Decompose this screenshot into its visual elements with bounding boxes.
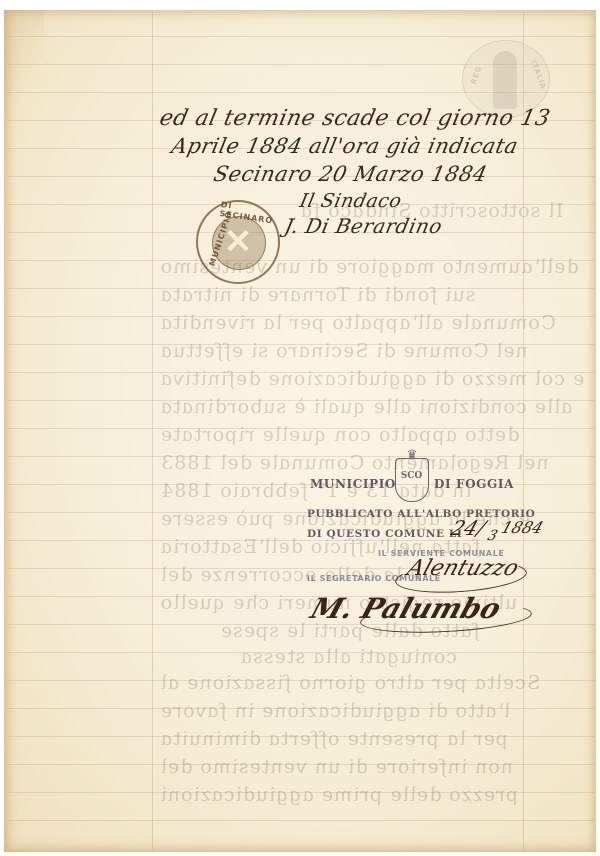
sindaco-signature: J. Di Berardino — [282, 214, 444, 238]
ghost-line: Scelta per altro giorno fissazione al — [158, 672, 543, 694]
ghost-line: nel Regolamento Comunale del 1883 — [158, 452, 551, 474]
paper-fold-shadow — [4, 10, 44, 150]
rule-line — [8, 36, 594, 37]
ghost-line: prezzo delle prime aggiudicazioni — [158, 784, 521, 806]
left-margin-line — [152, 12, 153, 850]
handwriting-line-3: Secinaro 20 Marzo 1884 — [211, 162, 489, 186]
secinaro-seal: ✕ MUNICIPIO DI SECINARO — [196, 200, 280, 284]
handwriting-line-2: Aprile 1884 all'ora già indicata — [169, 134, 520, 158]
ghost-line: detto appalto con quelle riportate — [158, 424, 522, 446]
ghost-line: alle condizioni alle quali è subordinata — [158, 396, 575, 418]
foggia-crest-icon: SCO — [395, 458, 429, 502]
watermark-figure-icon — [493, 51, 517, 109]
ghost-line: coniugati alla stessa — [238, 646, 460, 668]
watermark-text-right: ITALIA — [529, 59, 547, 91]
stamp-date-year: 1884 — [499, 518, 546, 537]
ghost-line: Comunale all'appalto per la rivendita — [158, 312, 558, 334]
right-margin-line — [523, 12, 524, 850]
ghost-line: l'atto di aggiudicazione in favore — [158, 700, 513, 722]
ghost-line: nel Comune di Secinaro si effettua — [158, 340, 531, 362]
stamp-municipio: MUNICIPIO — [310, 477, 396, 491]
ghost-line: non inferiore di un ventesimo del — [158, 756, 516, 778]
stamp-pubblicato: PUBBLICATO ALL'ALBO PRETORIO — [307, 508, 535, 520]
stamp-di-foggia: DI FOGGIA — [434, 477, 514, 491]
rule-line — [8, 820, 594, 821]
watermark-text-left: REG — [469, 65, 483, 86]
ghost-line: sui fondi di Tornare di nitrata — [158, 284, 478, 306]
ghost-line: e col mezzo di aggiudicazione definitiva — [158, 368, 587, 390]
stamp-di-questo-comune: DI QUESTO COMUNE LI — [307, 528, 462, 540]
sindaco-title: Il Sindaco — [298, 190, 404, 212]
crest-text: SCO — [396, 471, 427, 481]
ghost-line: per la presente offerta diminuita — [158, 728, 511, 750]
handwriting-line-1: ed al termine scade col giorno 13 — [157, 106, 552, 131]
